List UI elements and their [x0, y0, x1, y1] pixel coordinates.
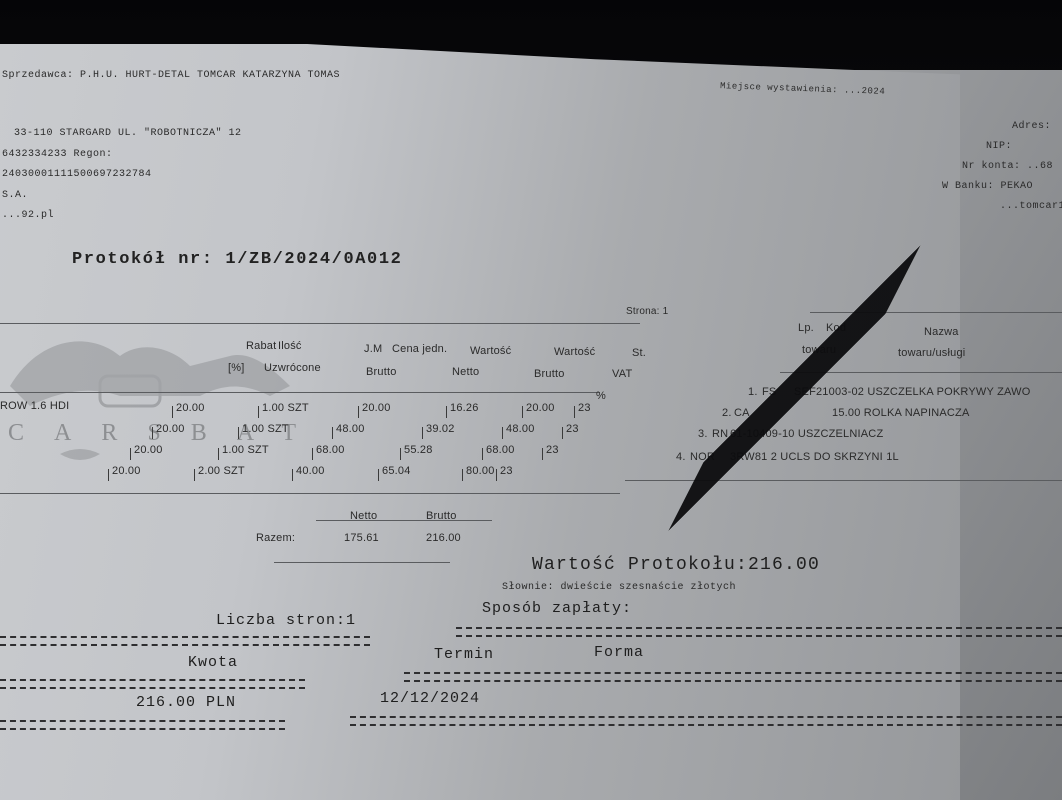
row-vat: 23 [566, 423, 579, 435]
row-rabat: 20.00 [112, 465, 141, 477]
row-vat: 23 [578, 402, 591, 414]
cell-divider [218, 448, 219, 460]
row-vat: 23 [546, 444, 559, 456]
row-price: 40.00 [296, 465, 325, 477]
due-date-value: 12/12/2024 [380, 690, 480, 707]
row-kod: FS [762, 386, 776, 398]
separator-2 [0, 679, 305, 689]
seller-line: Sprzedawca: P.H.U. HURT-DETAL TOMCAR KAT… [2, 70, 340, 81]
cell-divider [562, 427, 563, 439]
cell-divider [522, 406, 523, 418]
row-kod: CA [734, 407, 750, 419]
row-netto: 55.28 [404, 444, 433, 456]
row-brutto: 20.00 [526, 402, 555, 414]
row-rabat: 20.00 [176, 402, 205, 414]
cell-divider [400, 448, 401, 460]
separator-2b [404, 672, 1062, 682]
col-header-rabat: Rabat [246, 340, 276, 352]
totals-razem-label: Razem: [256, 532, 295, 544]
row-brutto: 48.00 [506, 423, 535, 435]
totals-bottom-line [274, 562, 450, 563]
seller-email: ...92.pl [2, 210, 54, 221]
row-qty-unit: 1.00 SZT [262, 402, 309, 414]
due-date-label: Termin [434, 646, 494, 663]
row-kod: RN [712, 428, 728, 440]
payment-method-label: Sposób zapłaty: [482, 600, 632, 617]
row-brutto: 68.00 [486, 444, 515, 456]
row-name: 15.00 ROLKA NAPINACZA [832, 407, 969, 419]
cell-divider [446, 406, 447, 418]
col-header-wartosc-netto: Wartość [470, 345, 511, 357]
cell-divider [378, 469, 379, 481]
seller-account: 24030001111500697232784 [2, 169, 152, 180]
cell-divider [258, 406, 259, 418]
col-header-st: St. [632, 347, 646, 359]
cell-divider [238, 427, 239, 439]
row-qty-unit: 1.00 SZT [242, 423, 289, 435]
row-lp: 2. [722, 407, 732, 419]
separator-3 [0, 720, 285, 730]
right-table-top-border [810, 312, 1062, 313]
seller-nip-regon: 6432334233 Regon: [2, 149, 113, 160]
col-header-cena: Cena jedn. [392, 343, 447, 355]
row-kod: NOR [690, 451, 715, 463]
cell-divider [502, 427, 503, 439]
right-table-header-border [780, 372, 1062, 373]
row-qty-unit: 1.00 SZT [222, 444, 269, 456]
cell-divider [574, 406, 575, 418]
cell-divider [312, 448, 313, 460]
cell-divider [422, 427, 423, 439]
col-header-nazwa: Nazwa [924, 326, 959, 338]
cell-divider [130, 448, 131, 460]
seller-line-sa: S.A. [2, 190, 28, 201]
right-adres: Adres: [1012, 121, 1051, 132]
table-bottom-border [0, 493, 620, 494]
totals-netto-value: 175.61 [344, 532, 379, 544]
cell-divider [542, 448, 543, 460]
col-header-vat: VAT [612, 368, 632, 380]
seller-address: 33-110 STARGARD UL. "ROBOTNICZA" 12 [14, 128, 242, 139]
cell-divider [292, 469, 293, 481]
col-header-lp: Lp. [798, 322, 814, 334]
row-netto: 16.26 [450, 402, 479, 414]
cell-divider [358, 406, 359, 418]
row-price: 20.00 [362, 402, 391, 414]
amount-in-words: Słownie: dwieście szesnaście złotych [502, 582, 736, 593]
col-header-pct: % [596, 390, 606, 402]
right-nip: NIP: [986, 141, 1012, 152]
row-brutto: 80.00 [466, 465, 495, 477]
page-label: Strona: 1 [626, 306, 668, 317]
row-price: 48.00 [336, 423, 365, 435]
row-name: SEF21003-02 USZCZELKA POKRYWY ZAWO [794, 386, 1030, 398]
row-rabat: 20.00 [134, 444, 163, 456]
col-header-wartosc-brutto: Wartość [554, 346, 595, 358]
totals-brutto-label: Brutto [426, 510, 457, 522]
cell-divider [332, 427, 333, 439]
amount-label: Kwota [188, 654, 238, 671]
separator-1b [456, 627, 1062, 637]
payment-form-label: Forma [594, 644, 644, 661]
separator-1 [0, 636, 370, 646]
totals-top-line [316, 520, 492, 521]
protocol-value: Wartość Protokołu:216.00 [532, 555, 820, 575]
amount-value: 216.00 PLN [136, 694, 236, 711]
row-name: 3RW81 2 UCLS DO SKRZYNI 1L [730, 451, 899, 463]
table-top-border [0, 323, 640, 324]
cell-divider [496, 469, 497, 481]
cell-divider [152, 427, 153, 439]
row-lp: 4. [676, 451, 686, 463]
right-table-bottom-border [625, 480, 1062, 481]
row-lp: 3. [698, 428, 708, 440]
col-header-netto: Netto [452, 366, 479, 378]
row-netto: 65.04 [382, 465, 411, 477]
totals-netto-label: Netto [350, 510, 377, 522]
cell-divider [462, 469, 463, 481]
col-header-brutto-2: Brutto [534, 368, 565, 380]
row-prefix: ROW 1.6 HDI [0, 400, 69, 412]
cell-divider [108, 469, 109, 481]
col-header-towaru: towaru [802, 344, 836, 356]
row-vat: 23 [500, 465, 513, 477]
col-header-ilosc: Ilość [278, 340, 302, 352]
document-title: Protokół nr: 1/ZB/2024/0A012 [72, 250, 402, 269]
separator-3b [350, 716, 1062, 726]
table-header-border [0, 392, 600, 393]
page-count: Liczba stron:1 [216, 612, 356, 629]
right-nr-konta: Nr konta: ..68 [962, 161, 1053, 172]
col-header-towaru-uslugi: towaru/usługi [898, 347, 965, 359]
row-name: 61-10409-10 USZCZELNIACZ [730, 428, 883, 440]
cell-divider [194, 469, 195, 481]
col-header-kod: Kod [826, 322, 846, 334]
row-price: 68.00 [316, 444, 345, 456]
row-lp: 1. [748, 386, 758, 398]
col-header-rabat-pct: [%] [228, 362, 245, 374]
totals-brutto-value: 216.00 [426, 532, 461, 544]
col-header-jm: J.M [364, 343, 382, 355]
col-header-brutto: Brutto [366, 366, 397, 378]
cell-divider [172, 406, 173, 418]
row-rabat: 20.00 [156, 423, 185, 435]
col-header-zwrocone: Uzwrócone [264, 362, 321, 374]
row-qty-unit: 2.00 SZT [198, 465, 245, 477]
row-netto: 39.02 [426, 423, 455, 435]
right-email: ...tomcar13 [1000, 201, 1062, 212]
right-w-banku: W Banku: PEKAO [942, 181, 1033, 192]
cell-divider [482, 448, 483, 460]
